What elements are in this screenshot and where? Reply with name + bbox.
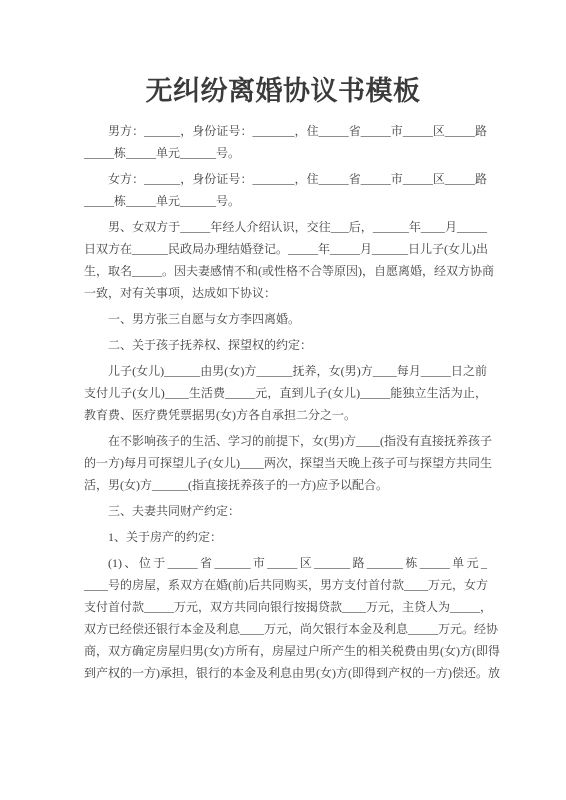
text-line: 的一方)每月可探望儿子(女儿)____两次，探望当天晚上孩子可与探望方共同生 (84, 452, 487, 474)
paragraph: 男方：______，身份证号：_______，住_____省_____市____… (84, 120, 487, 164)
text-line: 1、关于房产的约定： (84, 526, 487, 548)
text-line: 双方已经偿还银行本金及利息____万元，尚欠银行本金及利息_____万元。经协 (84, 618, 487, 640)
paragraph: 三、夫妻共同财产约定： (84, 500, 487, 522)
text-line: 教育费、医疗费凭票据男(女)方各自承担二分之一。 (84, 404, 487, 426)
paragraph: 一、男方张三自愿与女方李四离婚。 (84, 308, 487, 330)
text-line: 活，男(女)方______(指直接抚养孩子的一方)应予以配合。 (84, 474, 487, 496)
text-line: 生，取名_____。因夫妻感情不和(或性格不合等原因)，自愿离婚，经双方协商 (84, 260, 487, 282)
paragraph: (1)、位于_____省______市_____区______路______栋_… (84, 552, 487, 684)
paragraph: 女方：______，身份证号：_______，住_____省_____市____… (84, 168, 487, 212)
text-line: 二、关于孩子抚养权、探望权的约定： (84, 334, 487, 356)
text-line: _____栋_____单元______号。 (84, 190, 487, 212)
text-line: 支付儿子(女儿)____生活费_____元，直到儿子(女儿)_____能独立生活… (84, 382, 487, 404)
text-line: ____号的房屋，系双方在婚(前)后共同购买，男方支付首付款____万元，女方 (84, 574, 487, 596)
text-line: (1)、位于_____省______市_____区______路______栋_… (84, 552, 487, 574)
text-line: _____栋_____单元______号。 (84, 142, 487, 164)
text-line: 一致，对有关事项，达成如下协议： (84, 282, 487, 304)
document-body: 男方：______，身份证号：_______，住_____省_____市____… (84, 120, 487, 684)
text-line: 男方：______，身份证号：_______，住_____省_____市____… (84, 120, 487, 142)
paragraph: 儿子(女儿)______由男(女)方______抚养，女(男)方____每月__… (84, 360, 487, 426)
paragraph: 男、女双方于_____年经人介绍认识，交往___后，______年____月__… (84, 216, 487, 304)
document-title: 无纠纷离婚协议书模板 (0, 0, 566, 106)
text-line: 三、夫妻共同财产约定： (84, 500, 487, 522)
paragraph: 二、关于孩子抚养权、探望权的约定： (84, 334, 487, 356)
paragraph: 在不影响孩子的生活、学习的前提下，女(男)方____(指没有直接抚养孩子的一方)… (84, 430, 487, 496)
text-line: 在不影响孩子的生活、学习的前提下，女(男)方____(指没有直接抚养孩子 (84, 430, 487, 452)
text-line: 女方：______，身份证号：_______，住_____省_____市____… (84, 168, 487, 190)
document-page: 无纠纷离婚协议书模板 男方：______，身份证号：_______，住_____… (0, 0, 566, 800)
text-line: 一、男方张三自愿与女方李四离婚。 (84, 308, 487, 330)
text-line: 到产权的一方)承担，银行的本金及利息由男(女)方(即得到产权的一方)偿还。放 (84, 662, 487, 684)
text-line: 男、女双方于_____年经人介绍认识，交往___后，______年____月__… (84, 216, 487, 238)
text-line: 商，双方确定房屋归男(女)方所有，房屋过户所产生的相关税费由男(女)方(即得 (84, 640, 487, 662)
text-line: 儿子(女儿)______由男(女)方______抚养，女(男)方____每月__… (84, 360, 487, 382)
text-line: 支付首付款_____万元，双方共同向银行按揭贷款____万元，主贷人为_____… (84, 596, 487, 618)
paragraph: 1、关于房产的约定： (84, 526, 487, 548)
text-line: 日双方在______民政局办理结婚登记。_____年_____月______日儿… (84, 238, 487, 260)
